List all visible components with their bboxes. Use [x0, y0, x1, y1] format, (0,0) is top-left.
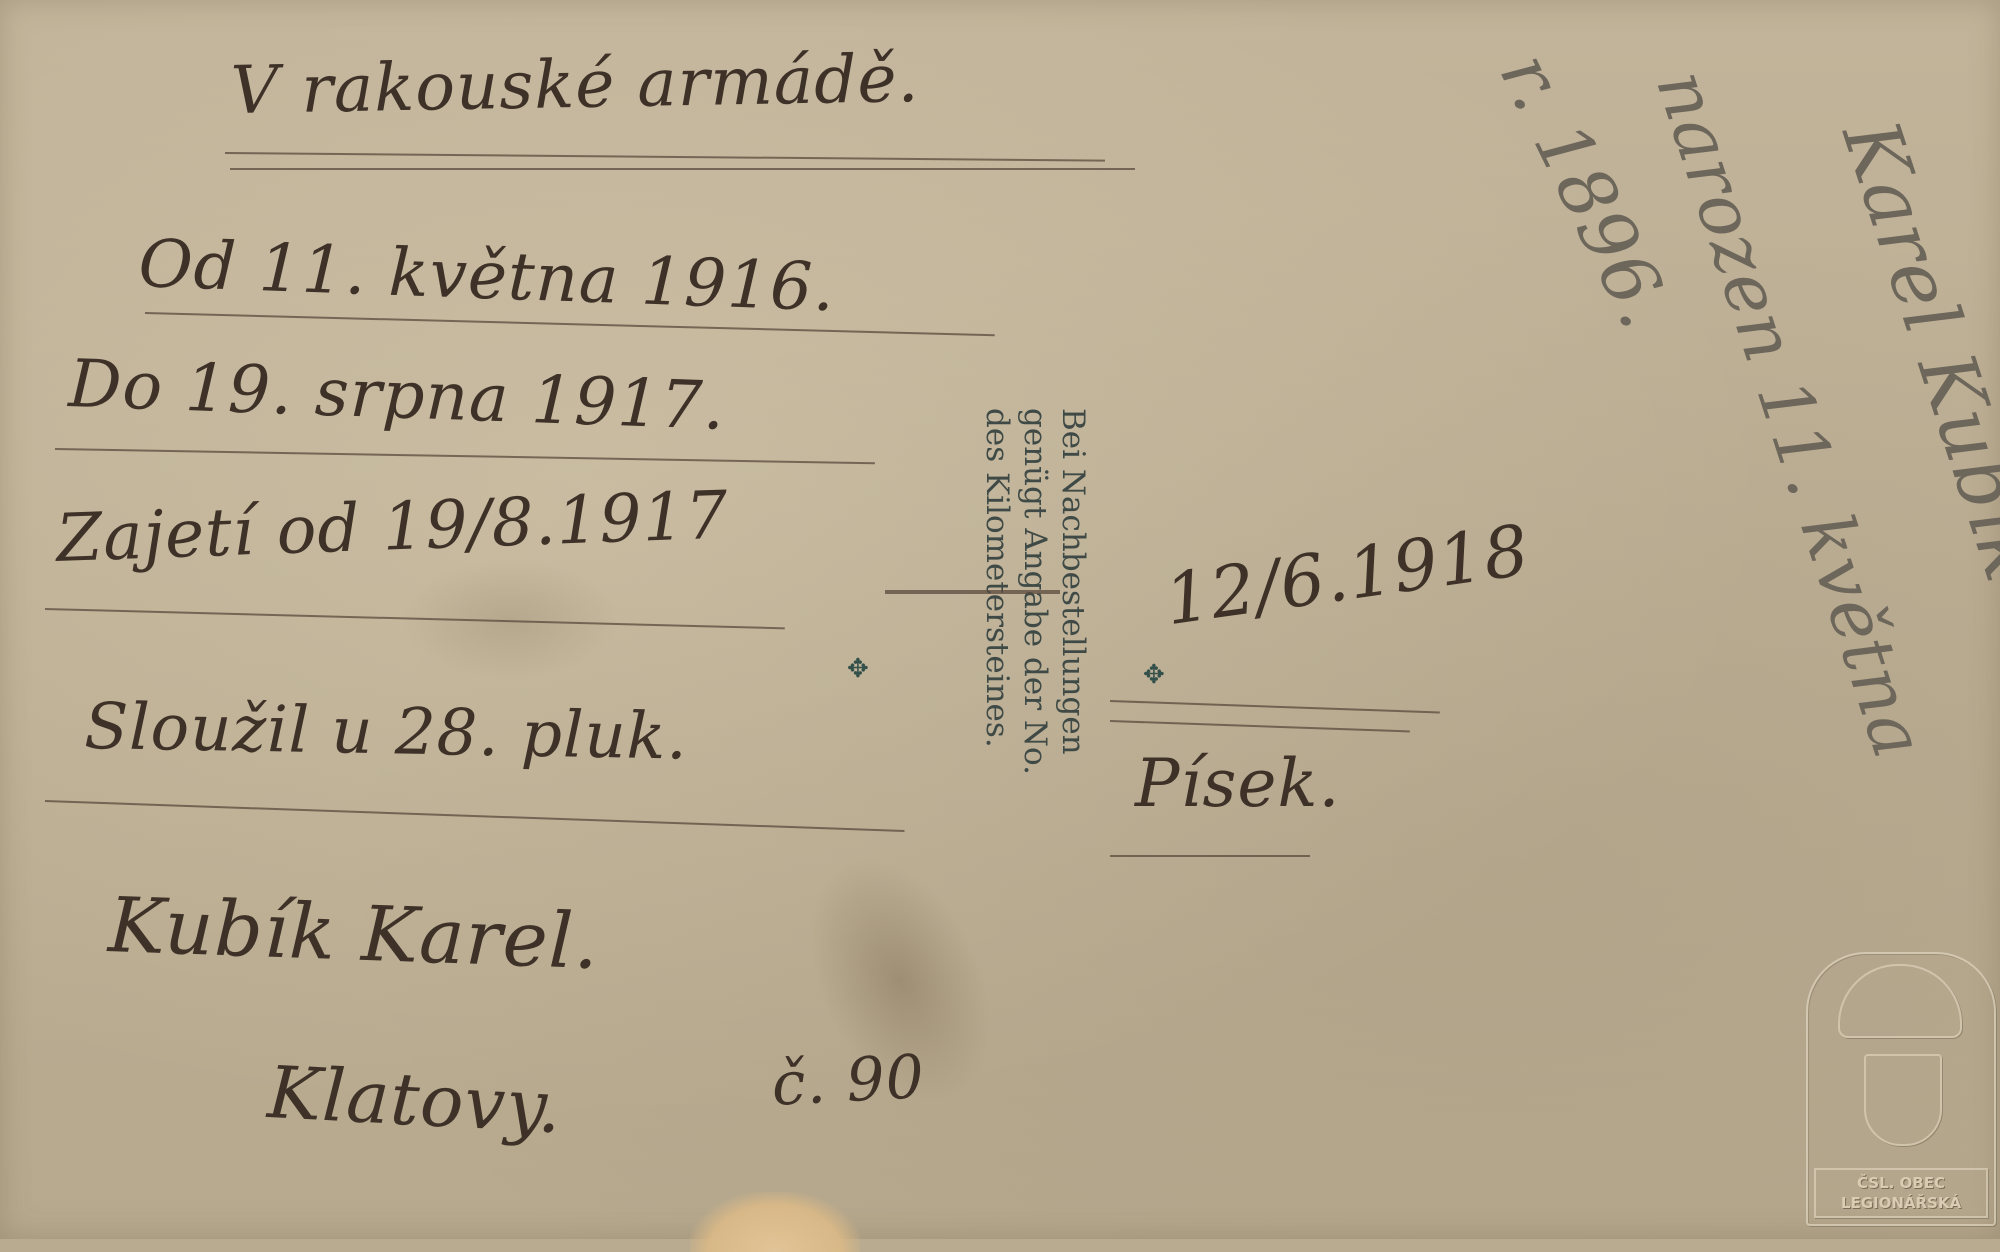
underline: [45, 800, 905, 832]
underline: [55, 448, 875, 464]
soldier-helmet-icon: [1838, 964, 1962, 1038]
strike-mark: [885, 590, 1060, 594]
ornament-icon: ✥: [1143, 662, 1165, 688]
from-date-line: Od 11. května 1916.: [137, 225, 836, 326]
date-right: 12/6.1918: [1160, 509, 1534, 641]
underline: [1110, 700, 1440, 714]
torn-edge: [690, 1192, 860, 1239]
place-right: Písek.: [1135, 745, 1340, 822]
stamp-line-1: ČSL. OBEC: [1816, 1173, 1986, 1193]
underline: [1110, 720, 1410, 732]
signature-place: Klatovy.: [266, 1050, 565, 1149]
regiment-line: Sloužil u 28. pluk.: [84, 690, 689, 775]
legion-emblem-stamp: ČSL. OBEC LEGIONÁŘSKÁ: [1806, 952, 1996, 1226]
coat-of-arms-icon: [1864, 1054, 1942, 1146]
heading-handwriting: V rakouské armádě.: [230, 40, 920, 129]
to-date-line: Do 19. srpna 1917.: [67, 345, 726, 445]
signature-name: Kubík Karel.: [107, 880, 601, 986]
house-number: č. 90: [770, 1042, 927, 1120]
underline: [225, 152, 1105, 162]
stamp-line-2: LEGIONÁŘSKÁ: [1816, 1193, 1986, 1213]
captivity-line: Zajetí od 19/8.1917: [55, 477, 730, 577]
postcard: V rakouské armádě. Od 11. května 1916. D…: [0, 0, 2000, 1239]
ornament-icon: ✥: [847, 656, 869, 682]
underline: [1110, 855, 1310, 857]
underline: [230, 168, 1135, 170]
stamp-label: ČSL. OBEC LEGIONÁŘSKÁ: [1814, 1168, 1988, 1218]
